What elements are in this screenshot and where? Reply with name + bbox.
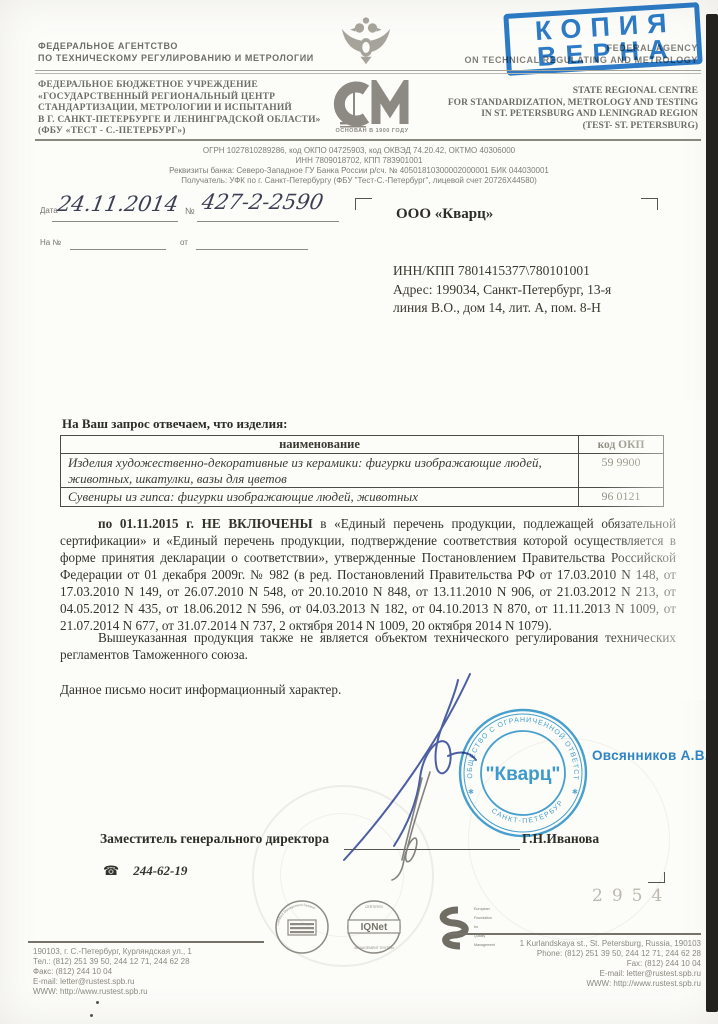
footer-en-line: Phone: (812) 251 39 50, 244 12 71, 244 6… bbox=[448, 949, 701, 959]
footer-ru-line: 190103, г. С.-Петербург, Курляндская ул.… bbox=[33, 947, 192, 957]
org-en-line: FOR STANDARDIZATION, METROLOGY AND TESTI… bbox=[448, 98, 698, 110]
requisites-line: Получатель: УФК по г. Санкт-Петербургу (… bbox=[0, 176, 718, 186]
footer-address-en: 1 Kurlandskaya st., St. Petersburg, Russ… bbox=[448, 939, 701, 989]
coat-of-arms-eagle-icon bbox=[338, 14, 394, 66]
footer-ru-line: WWW: http://www.rustest.spb.ru bbox=[33, 987, 192, 997]
date-label: Дата bbox=[40, 206, 58, 215]
body-intro: На Ваш запрос отвечаем, что изделия: bbox=[62, 416, 287, 432]
footer-ru-line: E-mail: letter@rustest.spb.ru bbox=[33, 977, 192, 987]
okp-table: наименование код ОКП Изделия художествен… bbox=[60, 435, 664, 507]
date-underline bbox=[52, 221, 178, 222]
logo-caption: ОСНОВАН В 1900 ГОДУ bbox=[322, 128, 422, 134]
reference-ot-label: от bbox=[180, 238, 188, 247]
reference-ot-underline bbox=[196, 249, 308, 250]
table-row: Сувениры из гипса: фигурки изображающие … bbox=[61, 488, 664, 507]
efqm-line: European bbox=[474, 907, 490, 911]
phone-number: 244-62-19 bbox=[133, 863, 187, 878]
org-ru-line: «ГОСУДАРСТВЕННЫЙ РЕГИОНАЛЬНЫЙ ЦЕНТР bbox=[38, 92, 321, 104]
header-divider-1 bbox=[35, 70, 701, 74]
body-paragraph-1: по 01.11.2015 г. НЕ ВКЛЮЧЕНЫ в «Единый п… bbox=[60, 515, 676, 634]
org-en-line: (TEST- ST. PETERSBURG) bbox=[448, 121, 698, 133]
product-code-cell: 96 0121 bbox=[579, 488, 664, 507]
footer-ru-line: Факс: (812) 244 10 04 bbox=[33, 967, 192, 977]
phone-icon: ☎ bbox=[103, 863, 119, 878]
okp-col-name-header: наименование bbox=[61, 436, 579, 454]
csm-logo-icon bbox=[328, 80, 416, 128]
address-corner-bottom-right bbox=[648, 872, 665, 883]
number-underline bbox=[197, 221, 339, 222]
csm-cert-icon: Certified Management System bbox=[275, 901, 328, 953]
requisites-line: Реквизиты банка: Северо-Западное ГУ Банк… bbox=[0, 166, 718, 176]
footer-address-ru: 190103, г. С.-Петербург, Курляндская ул.… bbox=[33, 947, 192, 997]
iqnet-label: IQNet bbox=[361, 922, 388, 933]
addressee-inn-kpp: ИНН/КПП 7801415377\780101001 bbox=[393, 262, 590, 280]
bank-requisites: ОГРН 1027810289286, код ОКПО 04725903, к… bbox=[0, 146, 718, 186]
csm-ring-text: Certified Management System bbox=[275, 903, 315, 926]
product-code-cell: 59 9900 bbox=[579, 454, 664, 488]
scanned-letter-page: ФЕДЕРАЛЬНОЕ АГЕНТСТВО ПО ТЕХНИЧЕСКОМУ РЕ… bbox=[0, 0, 718, 1024]
agency-ru-line2: ПО ТЕХНИЧЕСКОМУ РЕГУЛИРОВАНИЮ И МЕТРОЛОГ… bbox=[38, 52, 314, 64]
address-corner-top-right bbox=[641, 198, 658, 210]
org-ru-line: В Г. САНКТ-ПЕТЕРБУРГЕ И ЛЕНИНГРАДСКОЙ ОБ… bbox=[38, 115, 321, 127]
svg-text:Certified Management System: Certified Management System bbox=[275, 903, 315, 926]
product-name-cell: Сувениры из гипса: фигурки изображающие … bbox=[61, 488, 579, 507]
addressee-address-line2: линия В.О., дом 14, лит. А, пом. 8-Н bbox=[393, 299, 601, 317]
approver-name: Овсянников А.В. bbox=[592, 748, 709, 763]
footer-en-line: Fax: (812) 244 10 04 bbox=[448, 959, 701, 969]
org-ru-line: (ФБУ «ТЕСТ - С.-ПЕТЕРБУРГ») bbox=[38, 126, 321, 138]
footer-rule-right bbox=[448, 933, 701, 935]
copy-verna-stamp: КОПИЯ ВЕРНА bbox=[503, 2, 702, 76]
signer-name: Г.Н.Иванова bbox=[522, 831, 599, 847]
efqm-line: for bbox=[474, 925, 479, 929]
ink-speck bbox=[90, 1014, 93, 1017]
reference-on-label: На № bbox=[40, 238, 61, 247]
addressee-name: ООО «Кварц» bbox=[396, 206, 493, 223]
footer-rule-left bbox=[28, 941, 264, 943]
table-row: Изделия художественно-декоративные из ке… bbox=[61, 454, 664, 488]
org-name-ru: ФЕДЕРАЛЬНОЕ БЮДЖЕТНОЕ УЧРЕЖДЕНИЕ «ГОСУДА… bbox=[38, 80, 321, 138]
org-ru-line: СТАНДАРТИЗАЦИИ, МЕТРОЛОГИИ И ИСПЫТАНИЙ bbox=[38, 103, 321, 115]
stamp-star-right: ✱ bbox=[572, 788, 578, 796]
org-en-line: STATE REGIONAL CENTRE bbox=[448, 86, 698, 98]
header-divider-2 bbox=[35, 139, 701, 141]
efqm-line: Foundation bbox=[474, 916, 492, 920]
iqnet-top-text: CERTIFIED bbox=[365, 905, 383, 909]
org-name-en: STATE REGIONAL CENTRE FOR STANDARDIZATIO… bbox=[448, 86, 698, 132]
footer-ru-line: Тел.: (812) 251 39 50, 244 12 71, 244 62… bbox=[33, 957, 192, 967]
agency-name-ru: ФЕДЕРАЛЬНОЕ АГЕНТСТВО ПО ТЕХНИЧЕСКОМУ РЕ… bbox=[38, 40, 314, 64]
requisites-line: ИНН 7809018702, КПП 783901001 bbox=[0, 156, 718, 166]
org-ru-line: ФЕДЕРАЛЬНОЕ БЮДЖЕТНОЕ УЧРЕЖДЕНИЕ bbox=[38, 80, 321, 92]
body-paragraph-2: Вышеуказанная продукция также не являетс… bbox=[60, 629, 676, 663]
phone-row: ☎244-62-19 bbox=[103, 863, 187, 879]
handwritten-number: 427-2-2590 bbox=[200, 190, 325, 214]
scan-edge-shadow bbox=[706, 14, 718, 1012]
reference-on-underline bbox=[70, 249, 166, 250]
product-name-cell: Изделия художественно-декоративные из ке… bbox=[61, 454, 579, 488]
address-corner-top-left bbox=[355, 198, 372, 210]
paragraph-1-text: в «Единый перечень продукции, подлежащей… bbox=[60, 516, 676, 633]
registration-number-stamp: 2954 bbox=[592, 886, 671, 906]
not-included-bold: по 01.11.2015 г. НЕ ВКЛЮЧЕНЫ bbox=[98, 516, 313, 531]
requisites-line: ОГРН 1027810289286, код ОКПО 04725903, к… bbox=[0, 146, 718, 156]
footer-en-line: E-mail: letter@rustest.spb.ru bbox=[448, 969, 701, 979]
addressee-address-line1: Адрес: 199034, Санкт-Петербург, 13-я bbox=[393, 281, 611, 299]
footer-en-line: 1 Kurlandskaya st., St. Petersburg, Russ… bbox=[448, 939, 701, 949]
okp-col-code-header: код ОКП bbox=[579, 436, 664, 454]
number-label: № bbox=[185, 206, 195, 216]
agency-ru-line1: ФЕДЕРАЛЬНОЕ АГЕНТСТВО bbox=[38, 40, 314, 52]
gray-pen-signature bbox=[378, 768, 458, 883]
iqnet-cert-icon: CERTIFIED IQNet MANAGEMENT SYSTEM bbox=[348, 901, 400, 953]
iqnet-bottom-text: MANAGEMENT SYSTEM bbox=[354, 946, 393, 950]
ink-speck bbox=[96, 1001, 99, 1004]
handwritten-date: 24.11.2014 bbox=[56, 192, 180, 216]
signer-position: Заместитель генерального директора bbox=[100, 831, 329, 847]
okp-table-header-row: наименование код ОКП bbox=[61, 436, 664, 454]
org-en-line: IN ST. PETERSBURG AND LENINGRAD REGION bbox=[448, 109, 698, 121]
footer-en-line: WWW: http://www.rustest.spb.ru bbox=[448, 979, 701, 989]
